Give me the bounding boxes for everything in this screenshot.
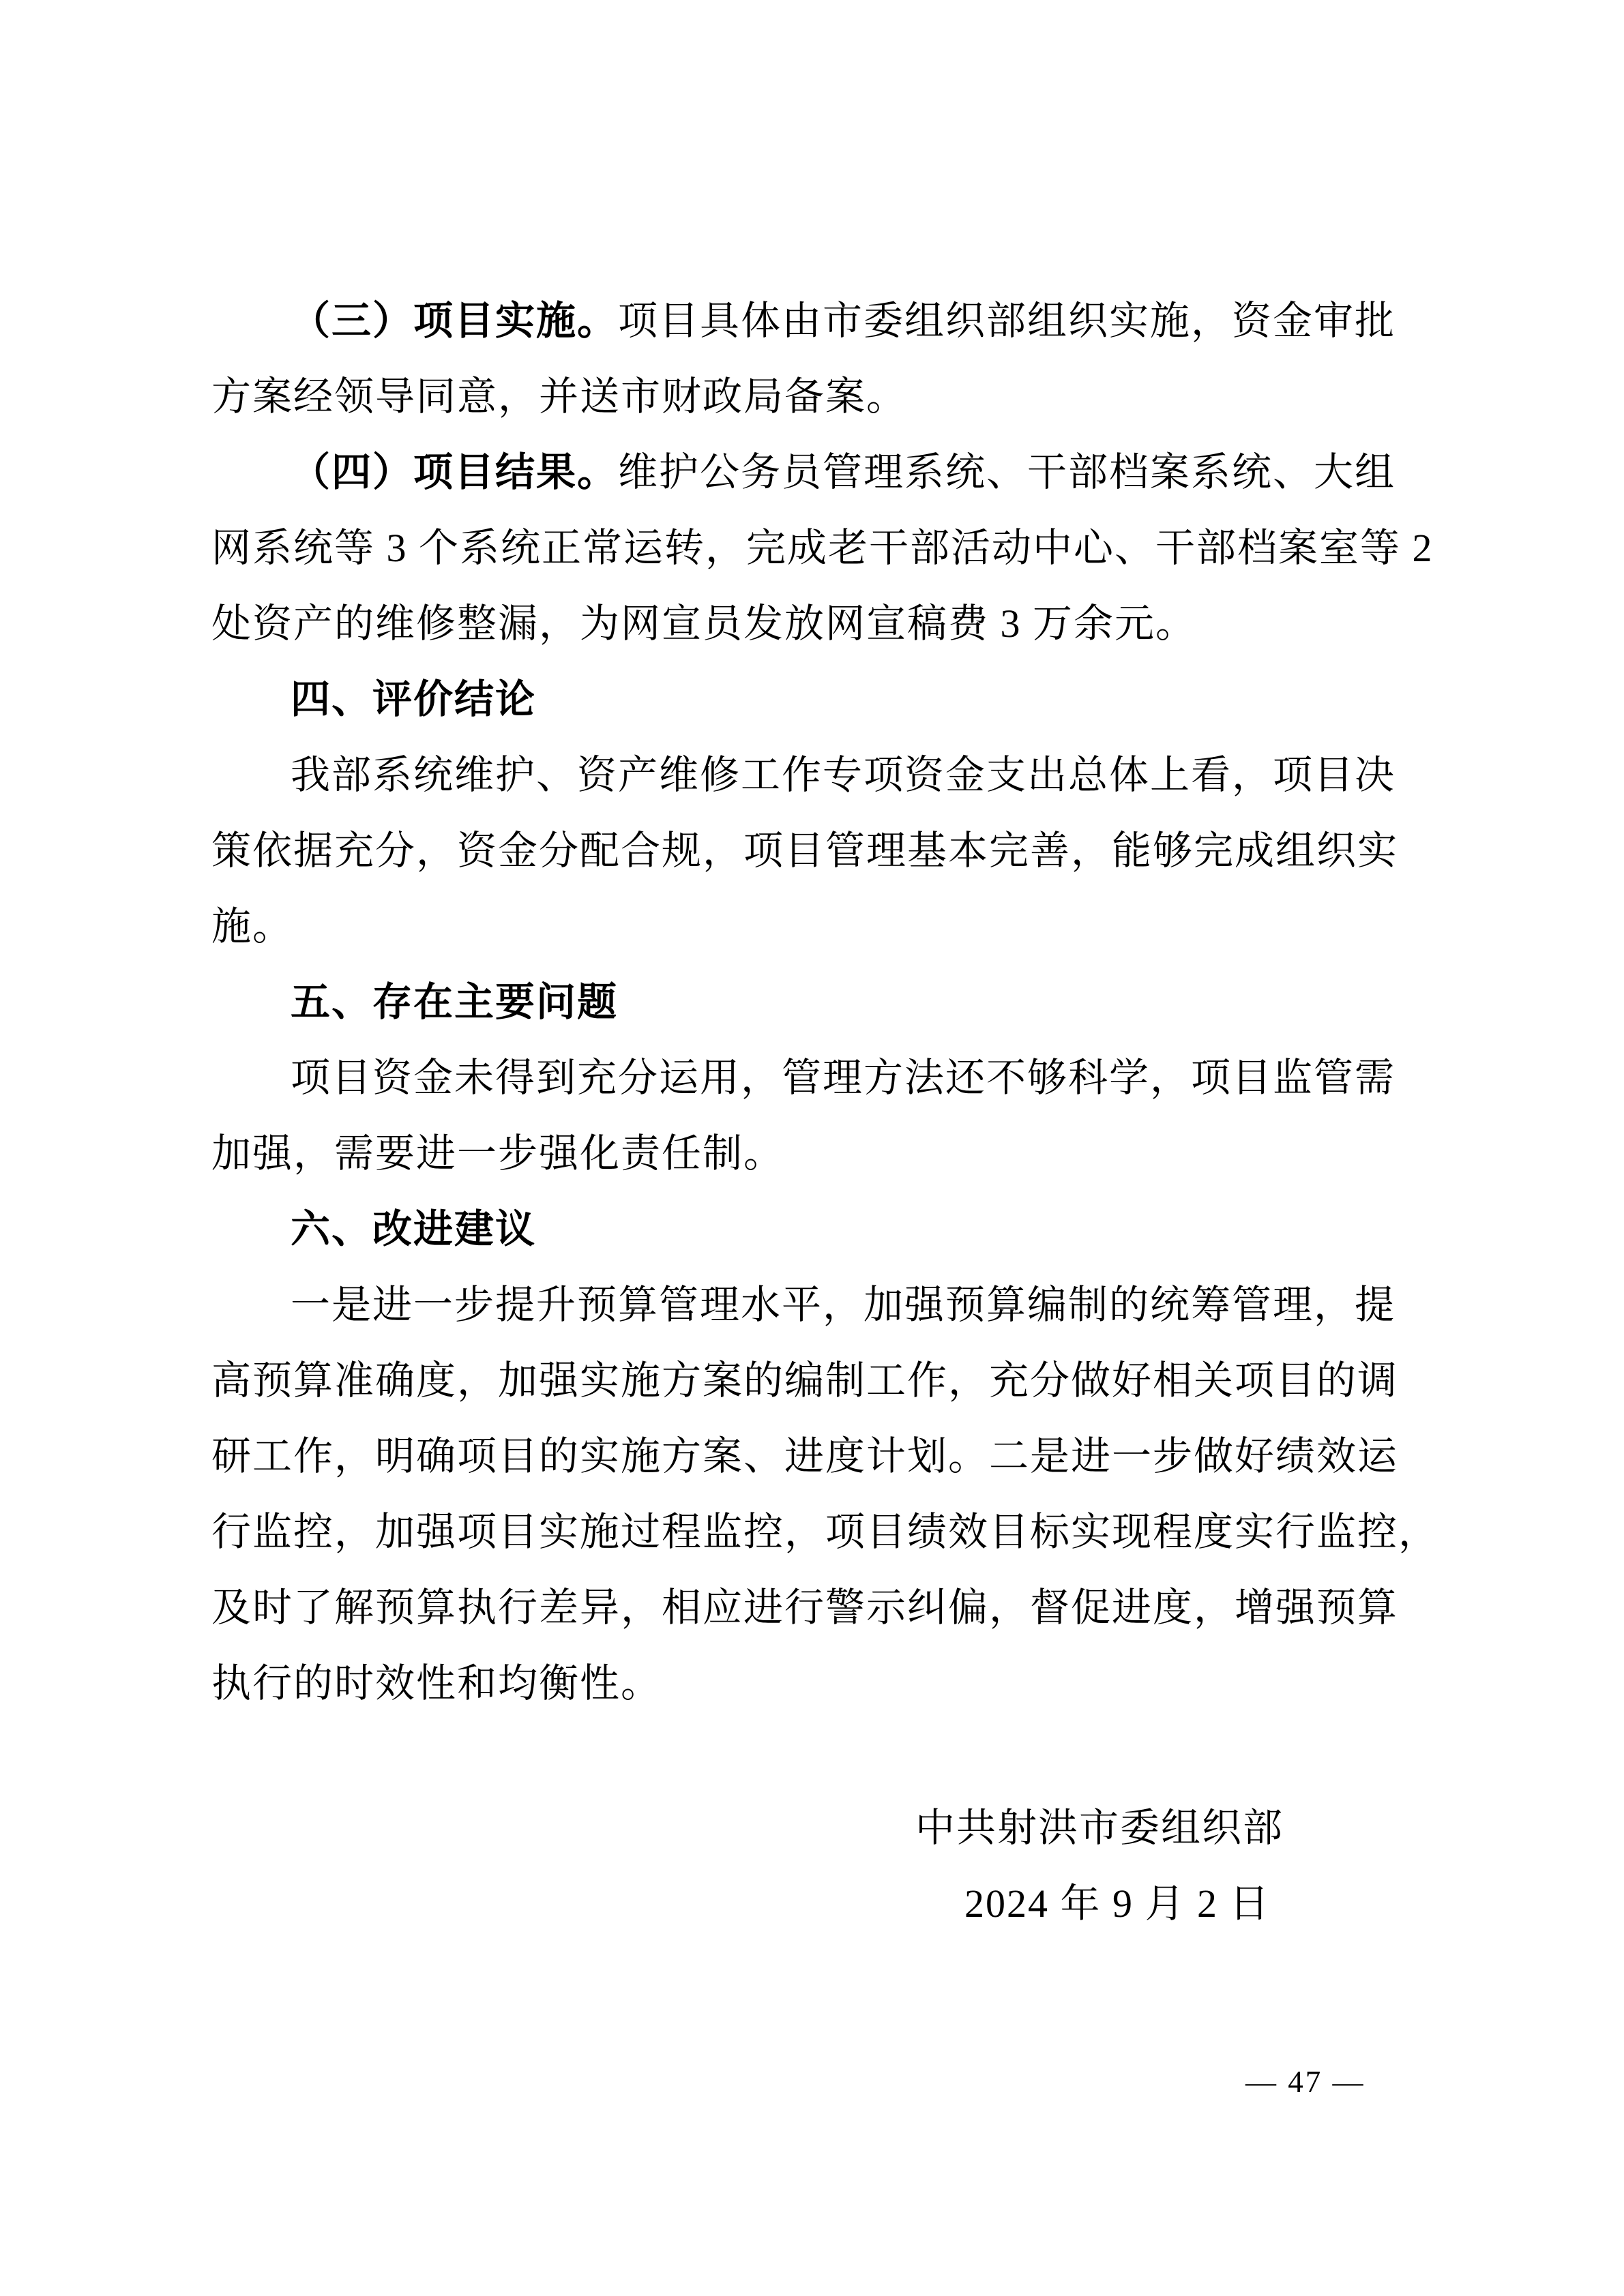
signature-date: 2024 年 9 月 2 日: [964, 1866, 1271, 1941]
sec4-bold-lead: （四）项目结果。: [291, 450, 618, 494]
paragraph-4-line2: 策依据充分，资金分配合规，项目管理基本完善，能够完成组织实: [211, 813, 1432, 889]
section-heading-4: 四、评价结论: [211, 661, 1432, 737]
paragraph-4-line1: 我部系统维护、资产维修工作专项资金支出总体上看，项目决: [211, 737, 1432, 813]
section-heading-6: 六、改进建议: [211, 1191, 1432, 1267]
paragraph-sec4-line3: 处资产的维修整漏，为网宣员发放网宣稿费 3 万余元。: [211, 586, 1432, 661]
document-text-block: （三）项目实施。项目具体由市委组织部组织实施，资金审批 方案经领导同意，并送市财…: [211, 283, 1432, 1721]
paragraph-6-line6: 执行的时效性和均衡性。: [211, 1645, 1432, 1721]
document-page: （三）项目实施。项目具体由市委组织部组织实施，资金审批 方案经领导同意，并送市财…: [0, 0, 1624, 2296]
paragraph-sec4-line1: （四）项目结果。维护公务员管理系统、干部档案系统、大组: [211, 434, 1432, 510]
section-heading-5: 五、存在主要问题: [211, 964, 1432, 1040]
paragraph-6-line4: 行监控，加强项目实施过程监控，项目绩效目标实现程度实行监控，: [211, 1494, 1432, 1570]
paragraph-6-line1: 一是进一步提升预算管理水平，加强预算编制的统筹管理，提: [211, 1267, 1432, 1343]
paragraph-5-line1: 项目资金未得到充分运用，管理方法还不够科学，项目监管需: [211, 1040, 1432, 1116]
paragraph-6-line2: 高预算准确度，加强实施方案的编制工作，充分做好相关项目的调: [211, 1343, 1432, 1418]
paragraph-4-line3: 施。: [211, 889, 1432, 964]
sec4-line1-text: 维护公务员管理系统、干部档案系统、大组: [618, 450, 1396, 494]
paragraph-sec3-line1: （三）项目实施。项目具体由市委组织部组织实施，资金审批: [211, 283, 1432, 359]
sec3-line1-text: 项目具体由市委组织部组织实施，资金审批: [618, 299, 1396, 343]
sec3-bold-lead: （三）项目实施。: [291, 299, 618, 343]
paragraph-sec3-line2: 方案经领导同意，并送市财政局备案。: [211, 359, 1432, 434]
paragraph-sec4-line2: 网系统等 3 个系统正常运转，完成老干部活动中心、干部档案室等 2: [211, 510, 1432, 586]
paragraph-6-line3: 研工作，明确项目的实施方案、进度计划。二是进一步做好绩效运: [211, 1418, 1432, 1494]
paragraph-6-line5: 及时了解预算执行差异，相应进行警示纠偏，督促进度，增强预算: [211, 1570, 1432, 1645]
signature-organization: 中共射洪市委组织部: [915, 1790, 1284, 1866]
paragraph-5-line2: 加强，需要进一步强化责任制。: [211, 1116, 1432, 1191]
page-number: — 47 —: [1245, 2063, 1365, 2101]
